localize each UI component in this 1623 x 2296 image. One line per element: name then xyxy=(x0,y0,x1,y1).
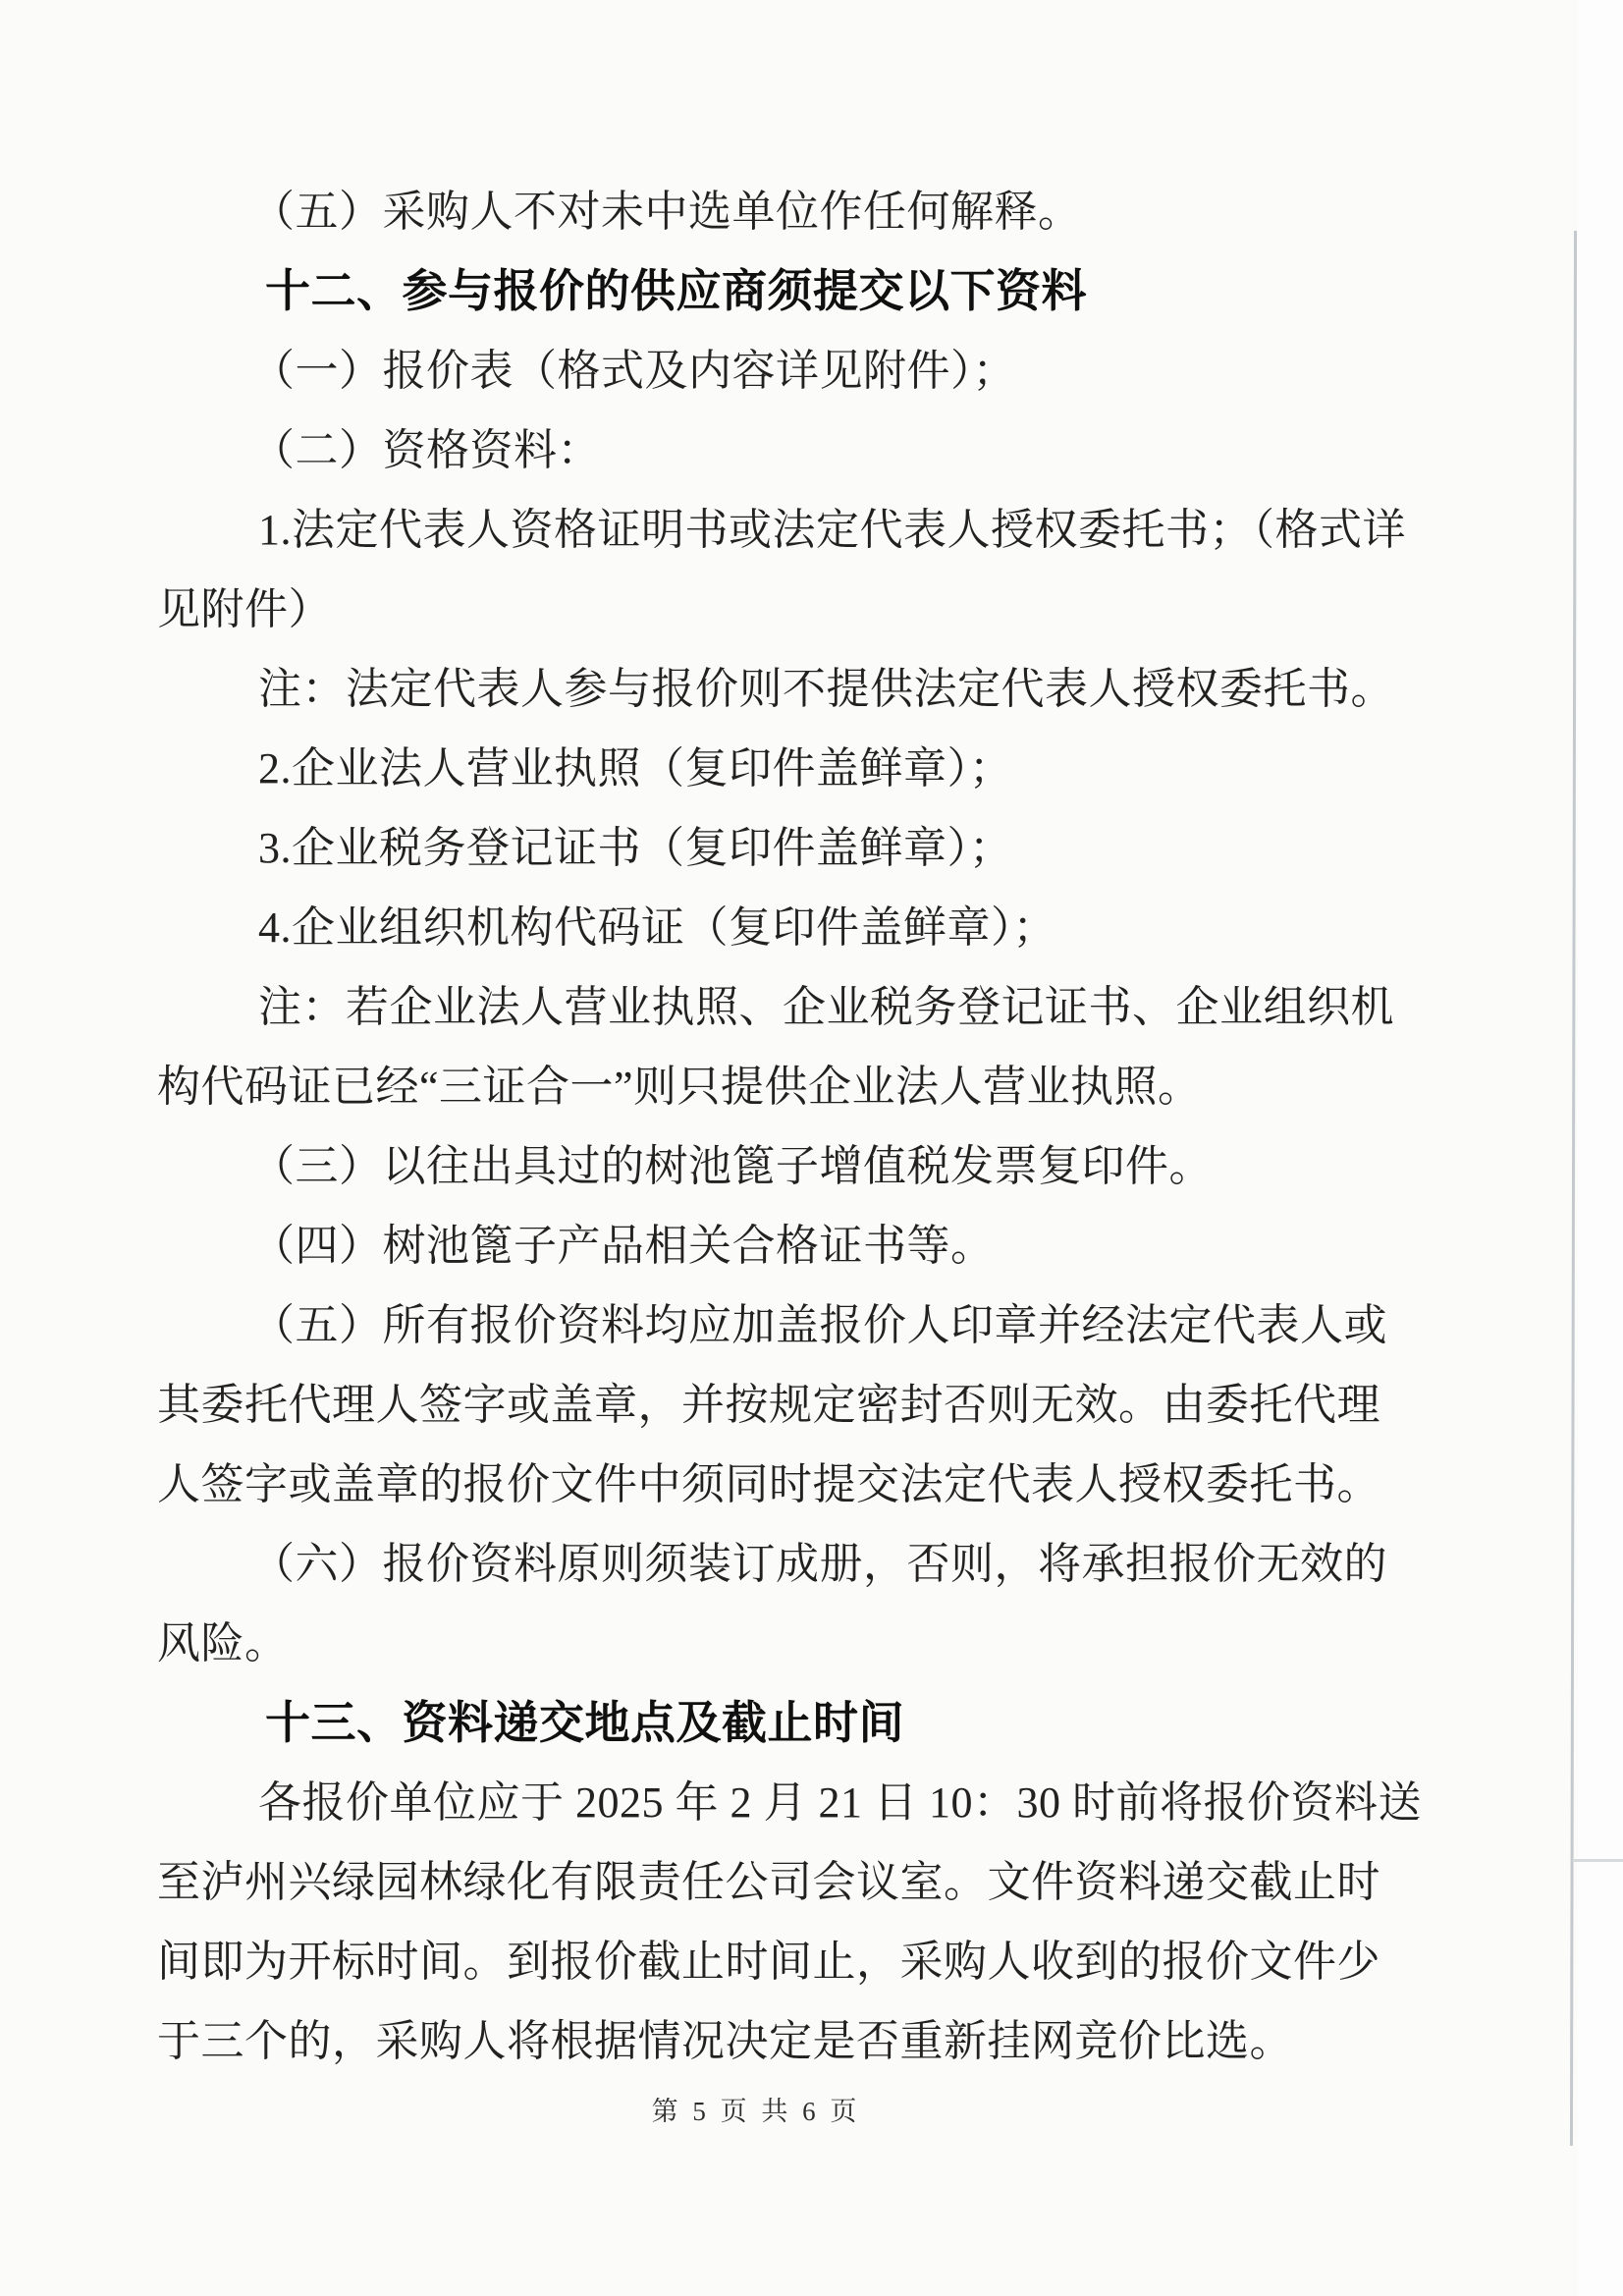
text-line: （六）报价资料原则须装订成册，否则，将承担报价无效的 xyxy=(157,1524,1512,1604)
text-line: （五）所有报价资料均应加盖报价人印章并经法定代表人或 xyxy=(157,1285,1512,1365)
text-line: 3.企业税务登记证书（复印件盖鲜章）； xyxy=(157,808,1512,888)
text-line: 各报价单位应于 2025 年 2 月 21 日 10：30 时前将报价资料送 xyxy=(157,1763,1512,1842)
document-text-block: （五）采购人不对未中选单位作任何解释。十二、参与报价的供应商须提交以下资料（一）… xyxy=(157,172,1512,2081)
text-line: （四）树池篦子产品相关合格证书等。 xyxy=(157,1206,1512,1285)
scan-page-edge-strip xyxy=(1578,0,1623,2296)
text-line: 注：法定代表人参与报价则不提供法定代表人授权委托书。 xyxy=(157,649,1512,729)
text-line: 4.企业组织机构代码证（复印件盖鲜章）； xyxy=(157,888,1512,967)
text-line: （二）资格资料： xyxy=(157,410,1512,490)
text-line: 间即为开标时间。到报价截止时间止，采购人收到的报价文件少 xyxy=(157,1922,1512,2001)
page-number-footer: 第 5 页 共 6 页 xyxy=(88,2090,1424,2128)
section-heading-line: 十二、参与报价的供应商须提交以下资料 xyxy=(157,251,1512,331)
text-line: 注：若企业法人营业执照、企业税务登记证书、企业组织机 xyxy=(157,967,1512,1047)
text-line: 其委托代理人签字或盖章，并按规定密封否则无效。由委托代理 xyxy=(157,1365,1512,1445)
text-line: （五）采购人不对未中选单位作任何解释。 xyxy=(157,172,1512,251)
text-line: 构代码证已经“三证合一”则只提供企业法人营业执照。 xyxy=(157,1047,1512,1126)
text-line: （三）以往出具过的树池篦子增值税发票复印件。 xyxy=(157,1126,1512,1206)
text-line: 至泸州兴绿园林绿化有限责任公司会议室。文件资料递交截止时 xyxy=(157,1842,1512,1922)
text-line: （一）报价表（格式及内容详见附件）； xyxy=(157,331,1512,410)
text-line: 2.企业法人营业执照（复印件盖鲜章）； xyxy=(157,729,1512,808)
text-line: 于三个的，采购人将根据情况决定是否重新挂网竞价比选。 xyxy=(157,2001,1512,2081)
text-line: 1.法定代表人资格证明书或法定代表人授权委托书；（格式详 xyxy=(157,490,1512,570)
scan-artifact-horizontal-line xyxy=(1574,1859,1623,1862)
section-heading-line: 十三、资料递交地点及截止时间 xyxy=(157,1683,1512,1763)
text-line: 风险。 xyxy=(157,1604,1512,1683)
text-line: 见附件） xyxy=(157,570,1512,649)
text-line: 人签字或盖章的报价文件中须同时提交法定代表人授权委托书。 xyxy=(157,1445,1512,1524)
